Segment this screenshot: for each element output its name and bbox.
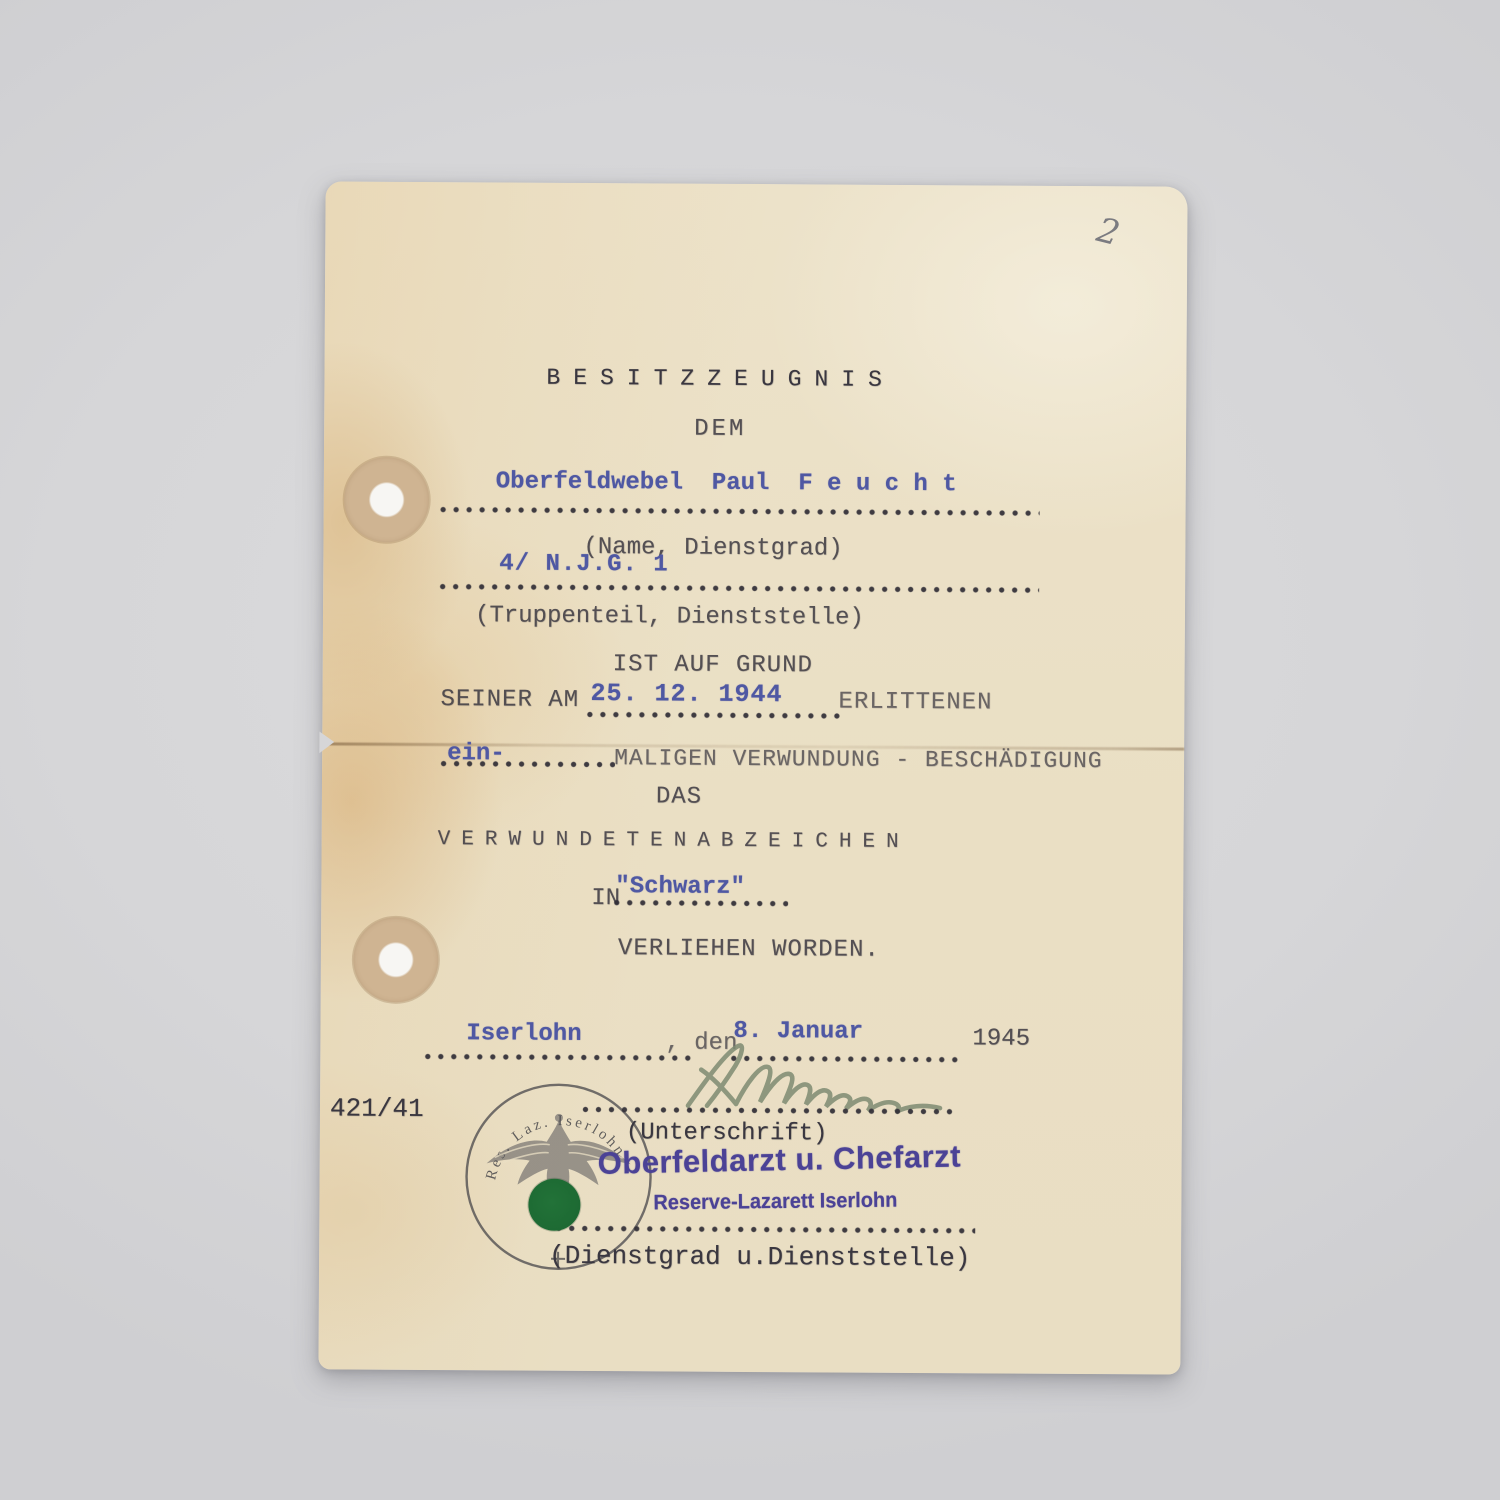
punch-hole-bottom [352, 916, 441, 1005]
dotted-rule [424, 1053, 692, 1062]
dotted-rule [439, 583, 1039, 594]
rank-stamp-line1: Oberfeldarzt u. Chefarzt [597, 1139, 961, 1182]
rank-stamp-line2: Reserve-Lazarett Iserlohn [653, 1189, 897, 1216]
edge-tear [319, 731, 334, 753]
punch-hole-top [342, 455, 431, 544]
salutation: DEM [694, 416, 746, 443]
closing-line: VERLIEHEN WORDEN. [618, 935, 880, 964]
award-name: VERWUNDETENABZEICHEN [438, 828, 910, 854]
hole-reinforcement-ring [342, 455, 431, 544]
hole-reinforcement-ring [352, 916, 441, 1005]
wound-date-value: 25. 12. 1944 [590, 679, 782, 709]
grounds-line: IST AUF GRUND [613, 651, 813, 679]
file-number: 421/41 [330, 1093, 424, 1124]
grade-value: "Schwarz" [615, 873, 745, 901]
handwritten-page-number: 2 [1093, 210, 1124, 254]
document-title: BESITZZEUGNIS [546, 365, 895, 393]
wound-line-suffix: ERLITTENEN [838, 689, 992, 717]
rank-label: (Dienstgrad u.Dienststelle) [549, 1241, 970, 1274]
place-value: Iserlohn [466, 1020, 581, 1048]
censor-dot [528, 1179, 580, 1231]
dotted-rule [440, 506, 1040, 517]
unit-value: 4/ N.J.G. 1 [499, 550, 669, 578]
dotted-rule [613, 899, 788, 907]
article-das: DAS [656, 783, 702, 810]
unit-label: (Truppenteil, Dienststelle) [475, 602, 864, 631]
wound-line-prefix: SEINER AM [440, 686, 579, 714]
dotted-rule [586, 711, 841, 720]
photo-background: 2 BESITZZEUGNIS DEM Oberfeldwebel Paul F… [0, 0, 1500, 1500]
certificate-paper: 2 BESITZZEUGNIS DEM Oberfeldwebel Paul F… [318, 181, 1187, 1374]
wound-count-rest: MALIGEN VERWUNDUNG - BESCHÄDIGUNG [614, 745, 1103, 774]
dotted-rule [440, 760, 615, 768]
recipient-name: Oberfeldwebel Paul F e u c h t [496, 468, 957, 498]
year-value: 1945 [972, 1025, 1030, 1052]
